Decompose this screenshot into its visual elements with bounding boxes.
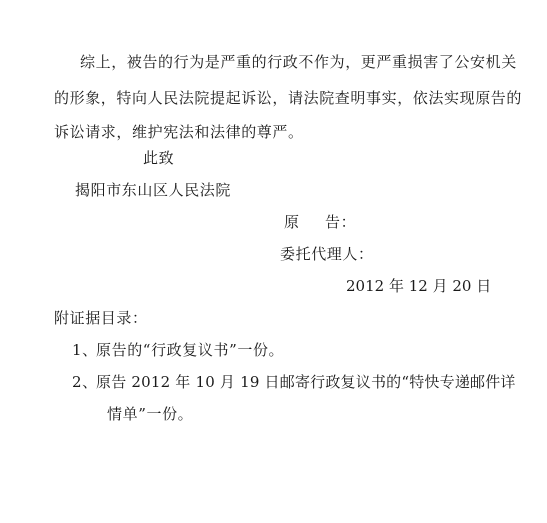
conclusion-line-1: 综上，被告的行为是严重的行政不作为，更严重损害了公安机关 (80, 52, 517, 72)
court-name: 揭阳市东山区人民法院 (75, 180, 231, 200)
conclusion-line-2: 的形象，特向人民法院提起诉讼，请法院查明事实，依法实现原告的 (54, 88, 522, 108)
plaintiff-label-2: 告： (325, 212, 356, 232)
agent-label: 委托代理人： (280, 244, 374, 264)
evidence-item-1-text: 原告的“行政复议书”一份。 (96, 340, 284, 360)
salutation: 此致 (143, 148, 174, 168)
evidence-item-2-text: 原告 2012 年 10 月 19 日邮寄行政复议书的“特快专递邮件详 (96, 372, 516, 392)
evidence-item-2-number: 2、 (72, 372, 98, 392)
evidence-item-2-text-cont: 情单”一份。 (107, 404, 193, 424)
signature-date: 2012 年 12 月 20 日 (346, 276, 491, 296)
conclusion-line-3: 诉讼请求，维护宪法和法律的尊严。 (54, 122, 304, 142)
evidence-item-1-number: 1、 (72, 340, 98, 360)
evidence-heading: 附证据目录： (54, 308, 148, 328)
plaintiff-label-1: 原 (284, 212, 300, 232)
